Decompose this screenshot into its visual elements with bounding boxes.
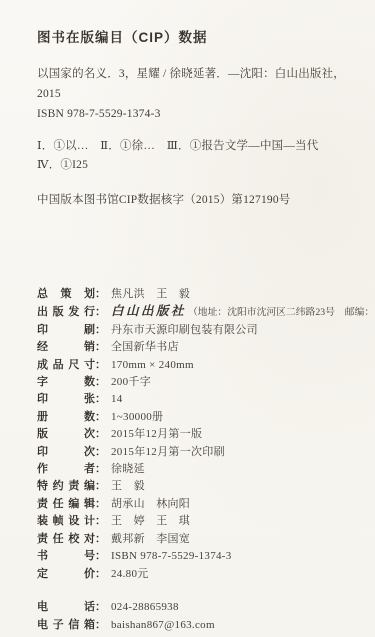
colophon-row-responsible-editor: 责任编辑： 胡承山 林向阳 bbox=[37, 496, 353, 513]
colophon-row-isbn: 书号： ISBN 978-7-5529-1374-3 bbox=[37, 548, 353, 565]
phone-number: 024-28865938 bbox=[111, 598, 179, 617]
email-address: baishan867@163.com bbox=[111, 616, 215, 635]
row-value: 胡承山 林向阳 bbox=[111, 496, 190, 513]
row-label: 责任校对 bbox=[37, 531, 95, 548]
colophon-row-trim-size: 成品尺寸： 170mm × 240mm bbox=[37, 357, 353, 374]
colophon-row-word-count: 字数： 200千字 bbox=[37, 374, 353, 391]
row-colon: ： bbox=[95, 598, 106, 617]
colophon-row-price: 定价： 24.80元 bbox=[37, 566, 353, 583]
publisher-name-script: 白山出版社 bbox=[111, 304, 186, 318]
colophon-row-distributor: 经销： 全国新华书店 bbox=[37, 339, 353, 356]
row-colon: ： bbox=[95, 426, 106, 443]
row-colon: ： bbox=[95, 391, 106, 408]
row-colon: ： bbox=[95, 357, 106, 374]
row-colon: ： bbox=[95, 496, 106, 513]
row-value: 戴邦新 李国宽 bbox=[111, 531, 190, 548]
row-colon: ： bbox=[95, 322, 106, 339]
row-label: 书号 bbox=[37, 548, 95, 565]
row-colon: ： bbox=[95, 286, 106, 303]
row-colon: ： bbox=[95, 548, 106, 565]
row-label: 装帧设计 bbox=[37, 513, 95, 530]
row-label: 经销 bbox=[37, 339, 95, 356]
row-label: 出版发行 bbox=[37, 304, 95, 321]
row-colon: ： bbox=[95, 304, 106, 321]
row-colon: ： bbox=[95, 461, 106, 478]
row-colon: ： bbox=[95, 616, 106, 635]
cip-title-line: 以国家的名义．3，星耀 / 徐晓延著．—沈阳：白山出版社，2015 bbox=[37, 64, 353, 104]
colophon-row-edition: 版次： 2015年12月第一版 bbox=[37, 426, 353, 443]
row-value: 170mm × 240mm bbox=[111, 357, 194, 374]
row-colon: ： bbox=[95, 339, 106, 356]
cip-heading: 图书在版编目（CIP）数据 bbox=[37, 26, 353, 46]
row-colon: ： bbox=[95, 478, 106, 495]
row-label: 印次 bbox=[37, 444, 95, 461]
colophon-section: 总策划： 焦凡洪 王 毅 出版发行： 白山出版社（地址：沈阳市沈河区二纬路23号… bbox=[37, 286, 353, 583]
colophon-row-sheets: 印张： 14 bbox=[37, 391, 353, 408]
colophon-row-print-run: 册数： 1~30000册 bbox=[37, 409, 353, 426]
colophon-row-author: 作者： 徐晓延 bbox=[37, 461, 353, 478]
cip-block: 图书在版编目（CIP）数据 以国家的名义．3，星耀 / 徐晓延著．—沈阳：白山出… bbox=[37, 26, 353, 210]
row-value: 2015年12月第一版 bbox=[111, 426, 202, 443]
cip-isbn-line: ISBN 978-7-5529-1374-3 bbox=[37, 104, 353, 124]
row-value: 24.80元 bbox=[111, 566, 149, 583]
row-value: 1~30000册 bbox=[111, 409, 163, 426]
row-label: 定价 bbox=[37, 566, 95, 583]
row-label: 字数 bbox=[37, 374, 95, 391]
row-colon: ： bbox=[95, 531, 106, 548]
colophon-row-chief-planner: 总策划： 焦凡洪 王 毅 bbox=[37, 286, 353, 303]
publisher-address-note: （地址：沈阳市沈河区二纬路23号 邮编：110013） bbox=[188, 307, 375, 318]
row-label: 责任编辑 bbox=[37, 496, 95, 513]
row-value: 王 毅 bbox=[111, 478, 145, 495]
row-value: 丹东市天源印刷包装有限公司 bbox=[111, 322, 258, 339]
row-colon: ： bbox=[95, 513, 106, 530]
colophon-row-special-editor: 特约责编： 王 毅 bbox=[37, 478, 353, 495]
row-value: 焦凡洪 王 毅 bbox=[111, 286, 190, 303]
colophon-row-impression: 印次： 2015年12月第一次印刷 bbox=[37, 444, 353, 461]
contact-row-phone: 电话： 024-28865938 bbox=[37, 598, 353, 617]
contact-row-email: 电子信箱： baishan867@163.com bbox=[37, 616, 353, 635]
row-colon: ： bbox=[95, 409, 106, 426]
row-value: 全国新华书店 bbox=[111, 339, 179, 356]
row-colon: ： bbox=[95, 566, 106, 583]
row-label: 特约责编 bbox=[37, 478, 95, 495]
row-value: 徐晓延 bbox=[111, 461, 145, 478]
row-label: 电话 bbox=[37, 598, 95, 617]
row-value: 白山出版社（地址：沈阳市沈河区二纬路23号 邮编：110013） bbox=[111, 303, 375, 321]
row-value: 200千字 bbox=[111, 374, 151, 391]
book-copyright-page: 图书在版编目（CIP）数据 以国家的名义．3，星耀 / 徐晓延著．—沈阳：白山出… bbox=[0, 0, 375, 637]
colophon-row-printer: 印刷： 丹东市天源印刷包装有限公司 bbox=[37, 322, 353, 339]
contact-section: 电话： 024-28865938 电子信箱： baishan867@163.co… bbox=[37, 598, 353, 635]
row-value: 2015年12月第一次印刷 bbox=[111, 444, 225, 461]
colophon-row-publisher: 出版发行： 白山出版社（地址：沈阳市沈河区二纬路23号 邮编：110013） bbox=[37, 303, 353, 321]
row-colon: ： bbox=[95, 374, 106, 391]
row-value: ISBN 978-7-5529-1374-3 bbox=[111, 548, 232, 565]
row-label: 版次 bbox=[37, 426, 95, 443]
row-label: 印刷 bbox=[37, 322, 95, 339]
row-label: 作者 bbox=[37, 461, 95, 478]
colophon-row-proofreader: 责任校对： 戴邦新 李国宽 bbox=[37, 531, 353, 548]
page-content: 图书在版编目（CIP）数据 以国家的名义．3，星耀 / 徐晓延著．—沈阳：白山出… bbox=[0, 0, 375, 635]
row-label: 总策划 bbox=[37, 286, 95, 303]
row-label: 册数 bbox=[37, 409, 95, 426]
cip-record-number-line: 中国版本图书馆CIP数据核字（2015）第127190号 bbox=[37, 190, 353, 210]
row-label: 成品尺寸 bbox=[37, 357, 95, 374]
cip-classification-line: Ⅰ．①以… Ⅱ．①徐… Ⅲ．①报告文学—中国—当代 Ⅳ．①I25 bbox=[37, 137, 353, 175]
row-value: 14 bbox=[111, 391, 123, 408]
row-value: 王 婷 王 琪 bbox=[111, 513, 190, 530]
row-label: 电子信箱 bbox=[37, 616, 95, 635]
colophon-row-designer: 装帧设计： 王 婷 王 琪 bbox=[37, 513, 353, 530]
row-colon: ： bbox=[95, 444, 106, 461]
row-label: 印张 bbox=[37, 391, 95, 408]
